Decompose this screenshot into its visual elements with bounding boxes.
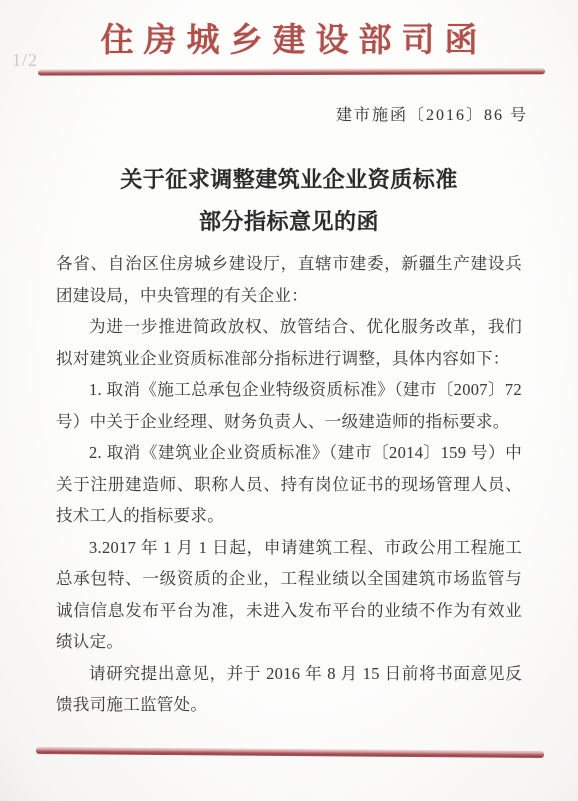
- paragraph-item-1: 1. 取消《施工总承包企业特级资质标准》（建市〔2007〕72 号）中关于企业经…: [56, 374, 522, 437]
- document-title-line1: 关于征求调整建筑业企业资质标准: [0, 159, 578, 201]
- document-title-line2: 部分指标意见的函: [0, 201, 578, 243]
- document-title: 关于征求调整建筑业企业资质标准 部分指标意见的函: [0, 159, 578, 243]
- document-number: 建市施函〔2016〕86 号: [336, 102, 528, 125]
- paragraph-closing: 请研究提出意见，并于 2016 年 8 月 15 日前将书面意见反馈我司施工监管…: [56, 658, 522, 721]
- paragraph-intro: 为进一步推进简政放权、放管结合、优化服务改革，我们拟对建筑业企业资质标准部分指标…: [56, 311, 522, 374]
- scanned-letter-page: 1/2 住房城乡建设部司函 建市施函〔2016〕86 号 关于征求调整建筑业企业…: [0, 0, 578, 801]
- letterhead-title: 住房城乡建设部司函: [0, 14, 578, 61]
- paragraph-item-2: 2. 取消《建筑业企业资质标准》（建市〔2014〕159 号）中关于注册建造师、…: [56, 437, 522, 532]
- salutation-line: 各省、自治区住房城乡建设厅，直辖市建委，新疆生产建设兵团建设局，中央管理的有关企…: [56, 248, 522, 311]
- letterhead-rule: [38, 68, 545, 75]
- paragraph-item-3: 3.2017 年 1 月 1 日起，申请建筑工程、市政公用工程施工总承包特、一级…: [56, 532, 522, 658]
- document-body: 各省、自治区住房城乡建设厅，直辖市建委，新疆生产建设兵团建设局，中央管理的有关企…: [56, 248, 522, 721]
- footer-rule: [36, 747, 544, 758]
